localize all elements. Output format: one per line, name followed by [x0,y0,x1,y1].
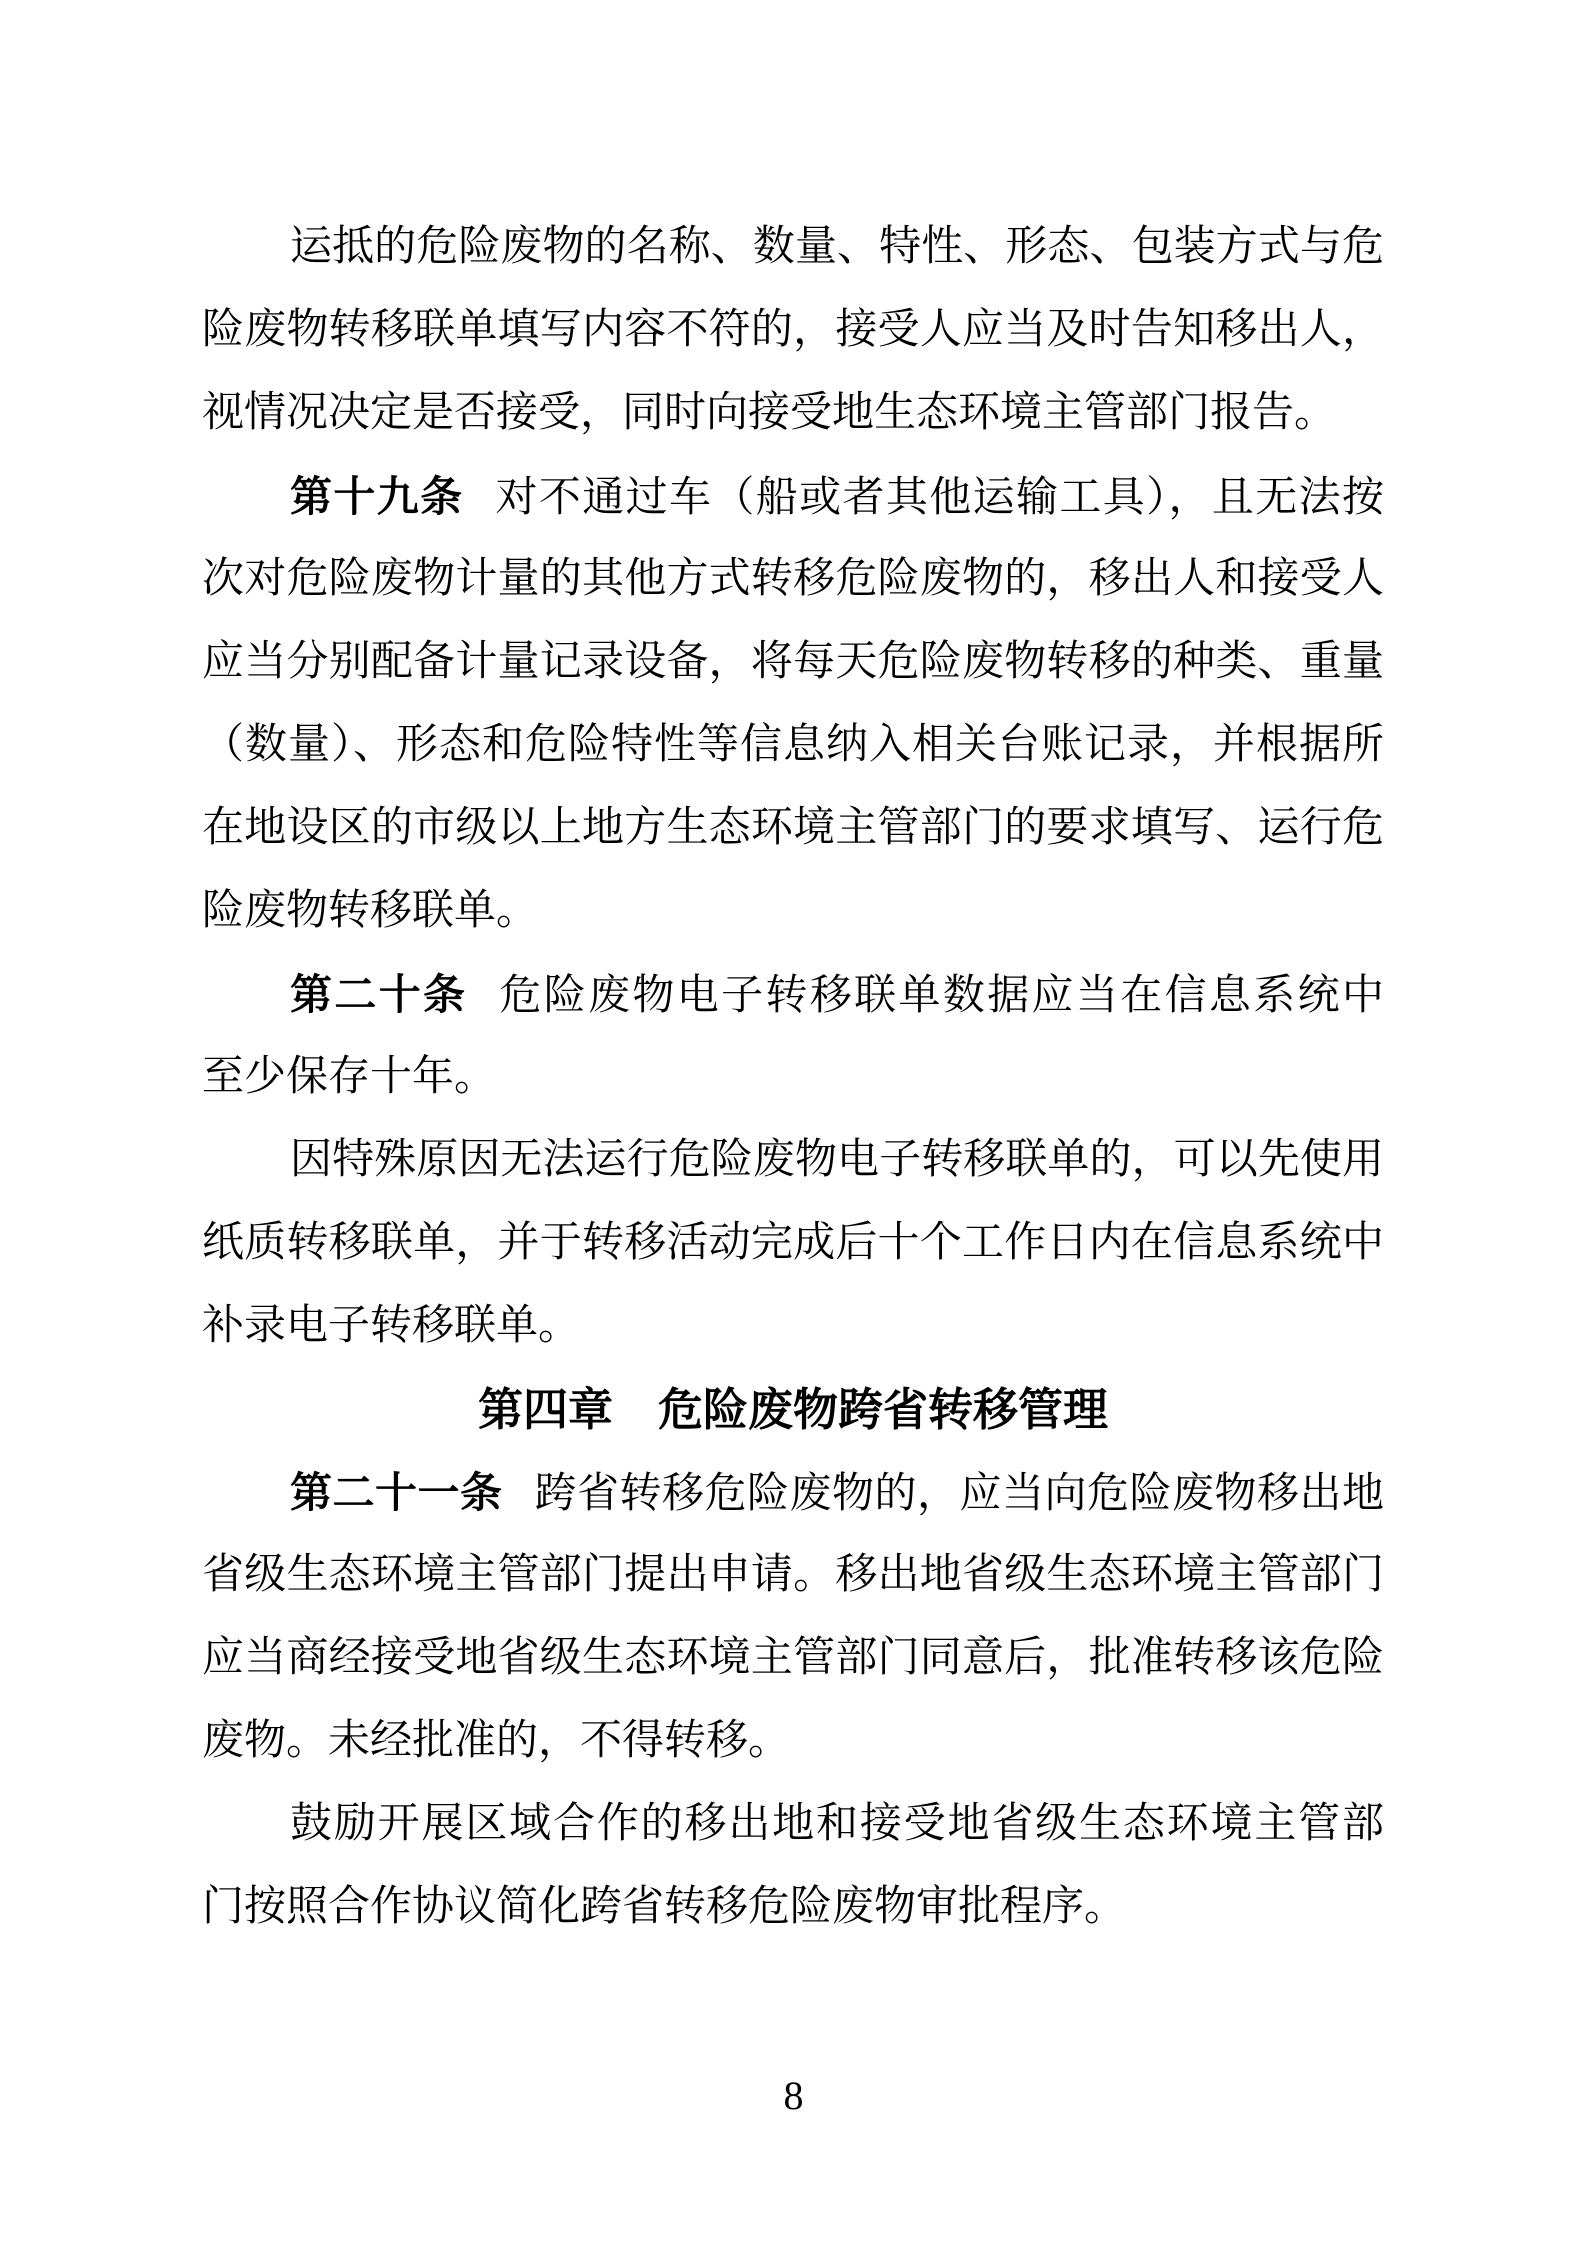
text-line: 视情况决定是否接受，同时向接受地生态环境主管部门报告。 [202,372,1384,455]
article-number: 第二十条 [290,971,467,1018]
text-run: 废物。未经批准的，不得转移。 [202,1718,790,1764]
article-number: 第二十一条 [290,1469,503,1516]
text-run: 因特殊原因无法运行危险废物电子转移联单的，可以先使用 [290,1137,1384,1183]
text-line: 第十九条对不通过车（船或者其他运输工具），且无法按 [202,455,1384,538]
text-run: 危险废物电子转移联单数据应当在信息系统中 [499,973,1384,1019]
text-line: 次对危险废物计量的其他方式转移危险废物的，移出人和接受人 [202,538,1384,621]
text-line: 鼓励开展区域合作的移出地和接受地省级生态环境主管部 [202,1783,1384,1866]
text-line: 省级生态环境主管部门提出申请。移出地省级生态环境主管部门 [202,1534,1384,1617]
article-number: 第十九条 [290,473,464,520]
text-run: 补录电子转移联单。 [202,1303,580,1349]
text-line: 纸质转移联单，并于转移活动完成后十个工作日内在信息系统中 [202,1202,1384,1285]
chapter-heading: 第四章 危险废物跨省转移管理 [202,1368,1384,1451]
text-line: 应当商经接受地省级生态环境主管部门同意后，批准转移该危险 [202,1617,1384,1700]
text-line: 险废物转移联单填写内容不符的，接受人应当及时告知移出人， [202,289,1384,372]
text-line: 在地设区的市级以上地方生态环境主管部门的要求填写、运行危 [202,787,1384,870]
text-run: 视情况决定是否接受，同时向接受地生态环境主管部门报告。 [202,390,1336,436]
text-run: 门按照合作协议简化跨省转移危险废物审批程序。 [202,1884,1126,1930]
text-run: 应当分别配备计量记录设备，将每天危险废物转移的种类、重量 [202,639,1384,685]
document-page: 运抵的危险废物的名称、数量、特性、形态、包装方式与危险废物转移联单填写内容不符的… [0,0,1587,2245]
text-line: 补录电子转移联单。 [202,1285,1384,1368]
text-run: 险废物转移联单。 [202,888,538,934]
text-line: 第二十条危险废物电子转移联单数据应当在信息系统中 [202,953,1384,1036]
page-number: 8 [784,2073,804,2118]
page-footer: 8 [0,2072,1587,2120]
paragraph: 第二十条危险废物电子转移联单数据应当在信息系统中至少保存十年。 [202,953,1384,1119]
text-run: 鼓励开展区域合作的移出地和接受地省级生态环境主管部 [290,1801,1384,1847]
text-run: 跨省转移危险废物的，应当向危险废物移出地 [535,1471,1384,1517]
paragraph: 因特殊原因无法运行危险废物电子转移联单的，可以先使用纸质转移联单，并于转移活动完… [202,1119,1384,1368]
document-body: 运抵的危险废物的名称、数量、特性、形态、包装方式与危险废物转移联单填写内容不符的… [202,206,1384,1949]
text-run: （数量）、形态和危险特性等信息纳入相关台账记录，并根据所 [202,722,1384,768]
paragraph: 鼓励开展区域合作的移出地和接受地省级生态环境主管部门按照合作协议简化跨省转移危险… [202,1783,1384,1949]
text-line: 第二十一条跨省转移危险废物的，应当向危险废物移出地 [202,1451,1384,1534]
text-line: 运抵的危险废物的名称、数量、特性、形态、包装方式与危 [202,206,1384,289]
text-run: 纸质转移联单，并于转移活动完成后十个工作日内在信息系统中 [202,1220,1384,1266]
paragraph: 第二十一条跨省转移危险废物的，应当向危险废物移出地省级生态环境主管部门提出申请。… [202,1451,1384,1783]
text-run: 险废物转移联单填写内容不符的，接受人应当及时告知移出人， [202,307,1384,353]
text-line: 废物。未经批准的，不得转移。 [202,1700,1384,1783]
text-line: 至少保存十年。 [202,1036,1384,1119]
text-line: 应当分别配备计量记录设备，将每天危险废物转移的种类、重量 [202,621,1384,704]
text-run: 省级生态环境主管部门提出申请。移出地省级生态环境主管部门 [202,1552,1384,1598]
text-run: 在地设区的市级以上地方生态环境主管部门的要求填写、运行危 [202,805,1384,851]
paragraph: 第十九条对不通过车（船或者其他运输工具），且无法按次对危险废物计量的其他方式转移… [202,455,1384,953]
text-line: 门按照合作协议简化跨省转移危险废物审批程序。 [202,1866,1384,1949]
text-run: 对不通过车（船或者其他运输工具），且无法按 [496,475,1384,521]
text-run: 运抵的危险废物的名称、数量、特性、形态、包装方式与危 [290,224,1384,270]
text-run: 应当商经接受地省级生态环境主管部门同意后，批准转移该危险 [202,1635,1384,1681]
text-run: 次对危险废物计量的其他方式转移危险废物的，移出人和接受人 [202,556,1384,602]
text-line: 因特殊原因无法运行危险废物电子转移联单的，可以先使用 [202,1119,1384,1202]
text-line: 险废物转移联单。 [202,870,1384,953]
text-run: 至少保存十年。 [202,1054,496,1100]
paragraph: 运抵的危险废物的名称、数量、特性、形态、包装方式与危险废物转移联单填写内容不符的… [202,206,1384,455]
text-line: （数量）、形态和危险特性等信息纳入相关台账记录，并根据所 [202,704,1384,787]
